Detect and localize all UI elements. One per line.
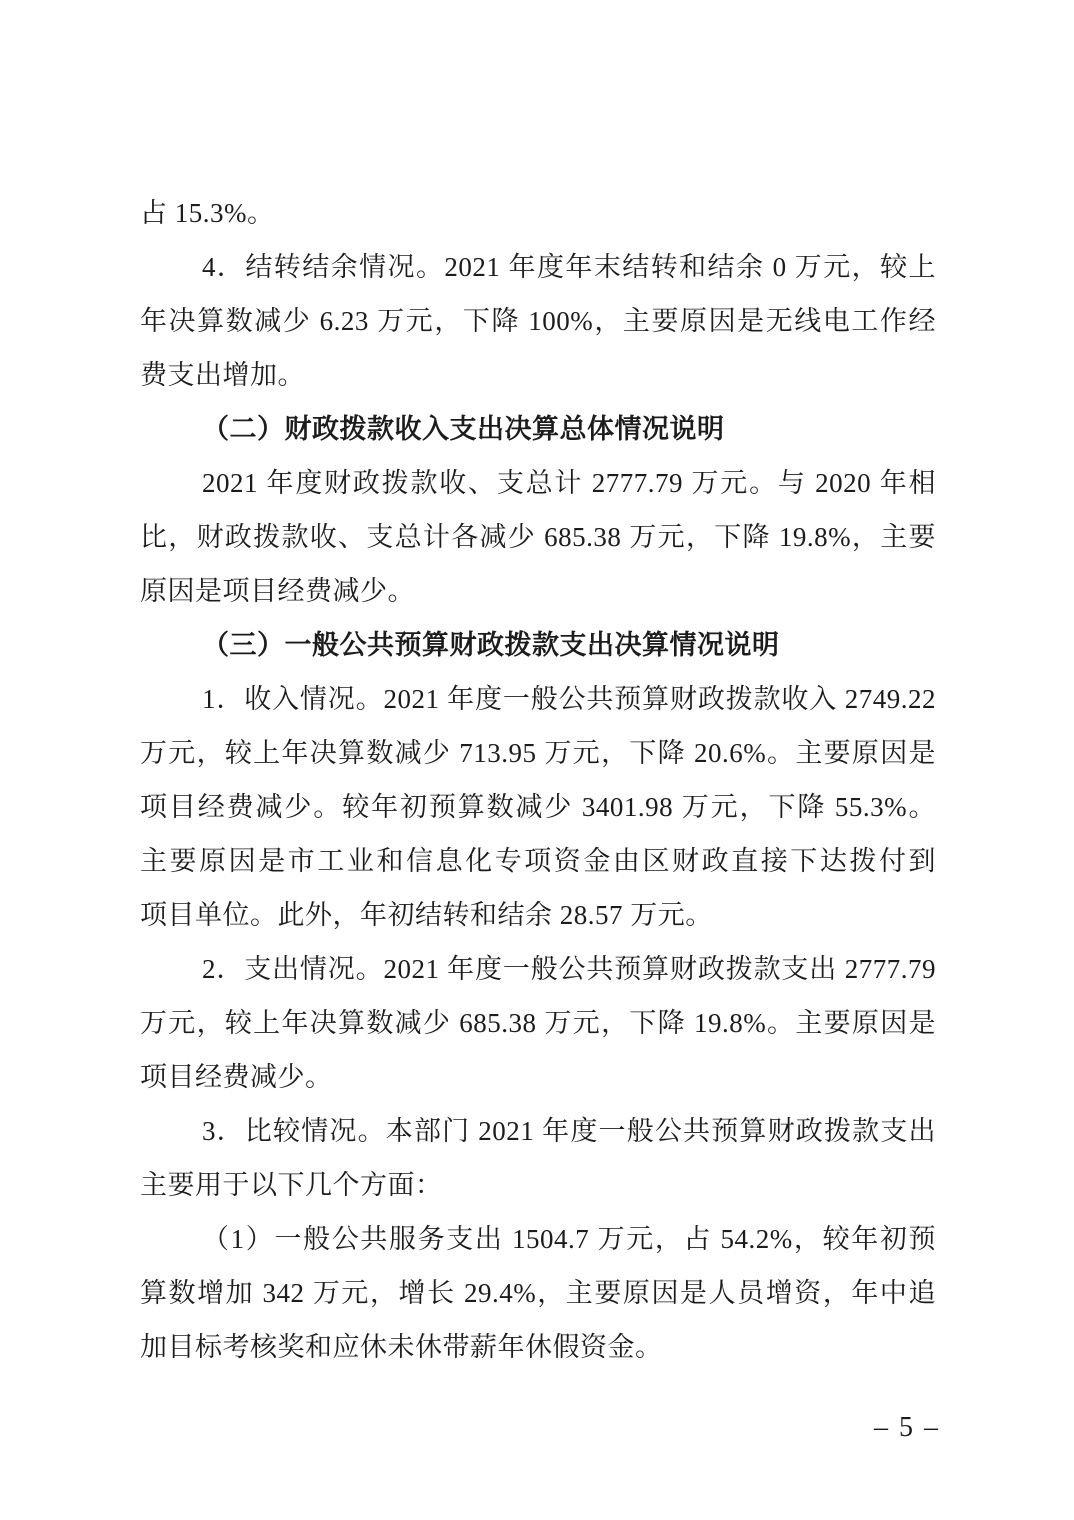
section-heading: （二）财政拨款收入支出决算总体情况说明	[140, 402, 936, 456]
doc-line: 主要用于以下几个方面：	[140, 1158, 936, 1212]
doc-line: 万元，较上年决算数减少 685.38 万元，下降 19.8%。主要原因是	[140, 996, 936, 1050]
doc-line: 4．结转结余情况。2021 年度年末结转和结余 0 万元，较上	[140, 240, 936, 294]
doc-line: 2021 年度财政拨款收、支总计 2777.79 万元。与 2020 年相	[140, 456, 936, 510]
doc-line: 项目经费减少。较年初预算数减少 3401.98 万元，下降 55.3%。	[140, 780, 936, 834]
page-number: – 5 –	[874, 1401, 940, 1455]
doc-line: 项目单位。此外，年初结转和结余 28.57 万元。	[140, 888, 936, 942]
doc-line: 年决算数减少 6.23 万元，下降 100%，主要原因是无线电工作经	[140, 294, 936, 348]
doc-line: 万元，较上年决算数减少 713.95 万元，下降 20.6%。主要原因是	[140, 726, 936, 780]
doc-line: 算数增加 342 万元，增长 29.4%，主要原因是人员增资，年中追	[140, 1266, 936, 1320]
doc-line: 项目经费减少。	[140, 1050, 936, 1104]
doc-line: 比，财政拨款收、支总计各减少 685.38 万元，下降 19.8%，主要	[140, 510, 936, 564]
doc-line: （1）一般公共服务支出 1504.7 万元，占 54.2%，较年初预	[140, 1212, 936, 1266]
doc-line: 3．比较情况。本部门 2021 年度一般公共预算财政拨款支出	[140, 1104, 936, 1158]
doc-line: 主要原因是市工业和信息化专项资金由区财政直接下达拨付到	[140, 834, 936, 888]
doc-line: 费支出增加。	[140, 348, 936, 402]
section-heading: （三）一般公共预算财政拨款支出决算情况说明	[140, 618, 936, 672]
document-page: 占 15.3%。 4．结转结余情况。2021 年度年末结转和结余 0 万元，较上…	[0, 0, 1074, 1520]
doc-line: 原因是项目经费减少。	[140, 564, 936, 618]
doc-line: 1．收入情况。2021 年度一般公共预算财政拨款收入 2749.22	[140, 672, 936, 726]
doc-line: 加目标考核奖和应休未休带薪年休假资金。	[140, 1320, 936, 1374]
document-body: 占 15.3%。 4．结转结余情况。2021 年度年末结转和结余 0 万元，较上…	[140, 186, 936, 1374]
doc-line: 2．支出情况。2021 年度一般公共预算财政拨款支出 2777.79	[140, 942, 936, 996]
doc-line: 占 15.3%。	[140, 186, 936, 240]
